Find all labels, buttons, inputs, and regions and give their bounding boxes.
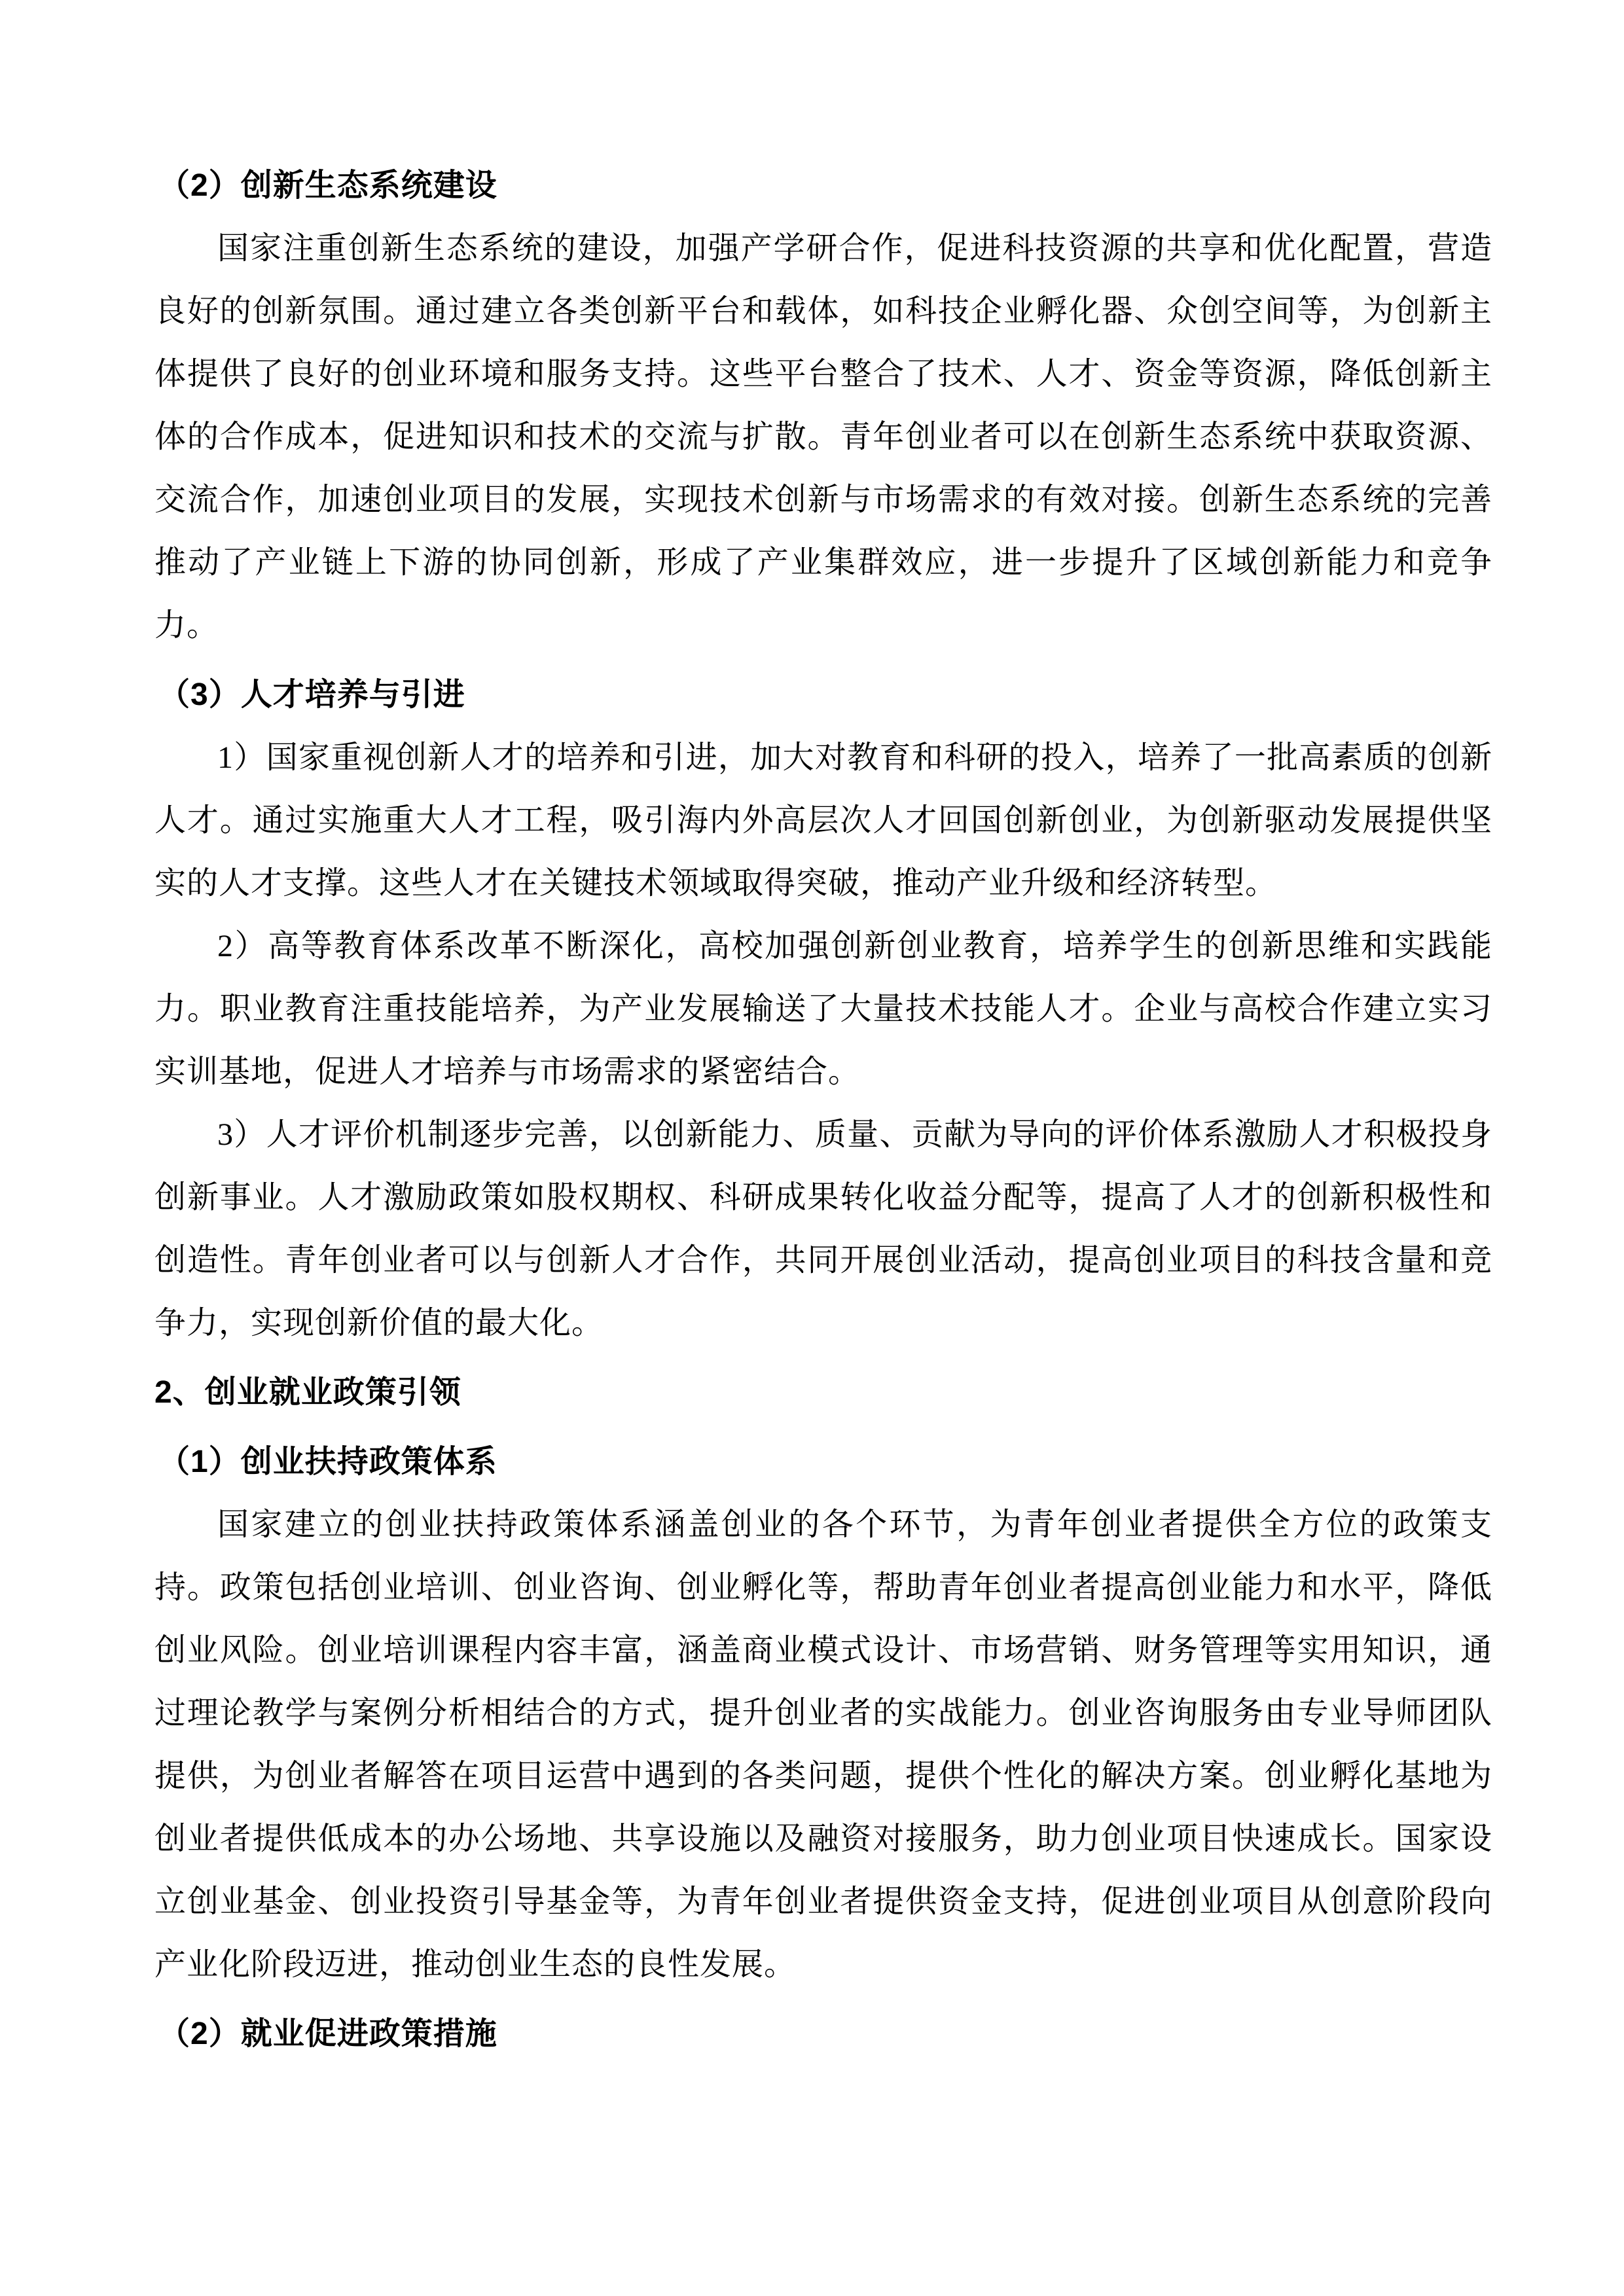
sub-section-heading: （1）创业扶持政策体系 [154, 1431, 1492, 1494]
document-body: （2）创新生态系统建设国家注重创新生态系统的建设，加强产学研合作，促进科技资源的… [154, 154, 1492, 2066]
body-paragraph: 1）国家重视创新人才的培养和引进，加大对教育和科研的投入，培养了一批高素质的创新… [154, 726, 1492, 915]
document-page: （2）创新生态系统建设国家注重创新生态系统的建设，加强产学研合作，促进科技资源的… [0, 0, 1624, 2296]
section-heading: 2、创业就业政策引领 [154, 1361, 1492, 1424]
body-paragraph: 2）高等教育体系改革不断深化，高校加强创新创业教育，培养学生的创新思维和实践能力… [154, 915, 1492, 1103]
sub-section-heading: （2）创新生态系统建设 [154, 154, 1492, 217]
body-paragraph: 国家建立的创业扶持政策体系涵盖创业的各个环节，为青年创业者提供全方位的政策支持。… [154, 1494, 1492, 1996]
sub-section-heading: （3）人才培养与引进 [154, 664, 1492, 726]
sub-section-heading: （2）就业促进政策措施 [154, 2003, 1492, 2066]
body-paragraph: 国家注重创新生态系统的建设，加强产学研合作，促进科技资源的共享和优化配置，营造良… [154, 217, 1492, 657]
body-paragraph: 3）人才评价机制逐步完善，以创新能力、质量、贡献为导向的评价体系激励人才积极投身… [154, 1103, 1492, 1355]
